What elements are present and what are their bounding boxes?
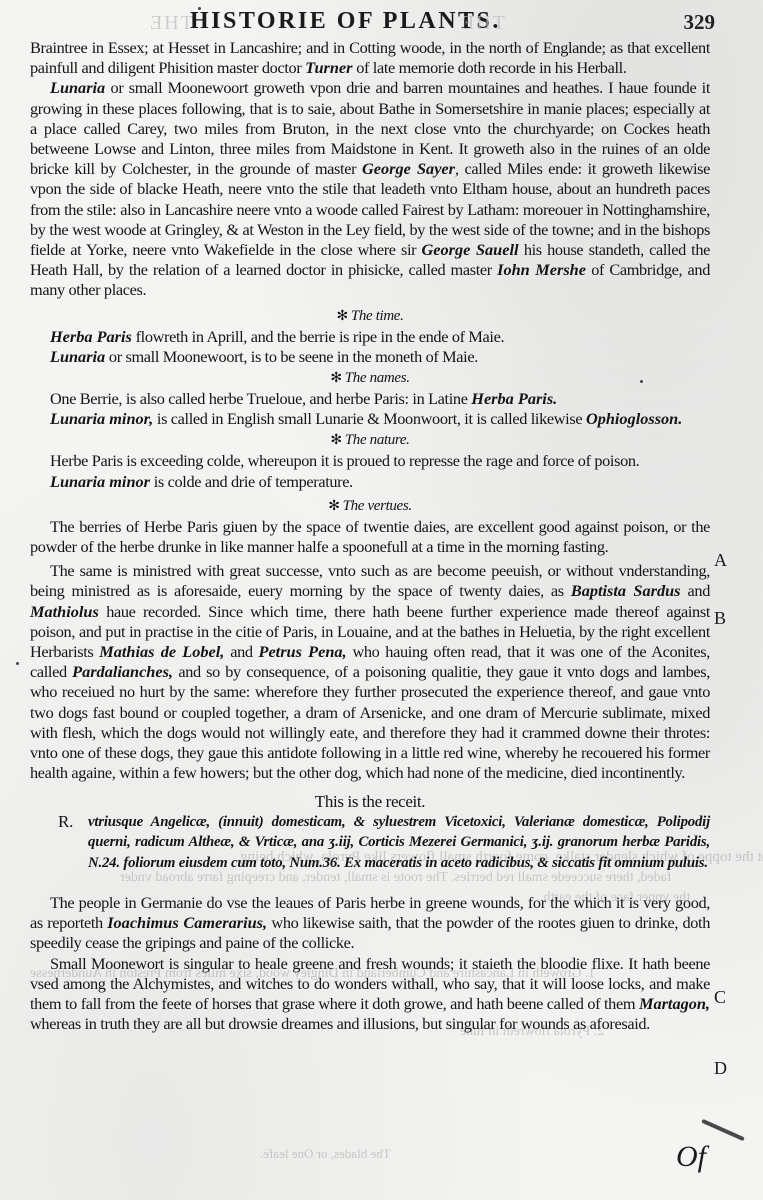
margin-letter-b: B (714, 608, 726, 629)
section-heading-nature: ✻The nature. (30, 430, 710, 451)
vertue-paragraph-a: The berries of Herbe Paris giuen by the … (30, 517, 710, 557)
recipe-title: This is the receit. (30, 792, 710, 812)
section-heading-time: ✻The time. (30, 306, 710, 327)
person-name: George Sauell (422, 240, 519, 259)
names-line: One Berrie, is also called herbe Truelou… (30, 389, 710, 409)
ink-speck (198, 7, 201, 10)
section-heading-vertues: ✻The vertues. (30, 496, 710, 517)
asterisk-ornament-icon: ✻ (336, 309, 347, 324)
time-line: Lunaria or small Moonewoort, is to be se… (30, 347, 710, 367)
asterisk-ornament-icon: ✻ (330, 433, 341, 448)
page-number: 329 (684, 10, 716, 35)
margin-letter-d: D (714, 1058, 727, 1079)
nature-line: Herbe Paris is exceeding colde, whereupo… (30, 451, 710, 471)
vertue-paragraph-b: The same is ministred with great success… (30, 561, 710, 783)
ink-speck (16, 662, 19, 665)
ink-stroke (701, 1119, 745, 1141)
paragraph-places: Lunaria or small Moonewoort groweth vpon… (30, 78, 710, 300)
book-page: at the toppe of which slender stalke, co… (0, 0, 763, 1200)
person-name: George Sayer (362, 159, 455, 178)
asterisk-ornament-icon: ✻ (330, 371, 341, 386)
ink-speck (640, 380, 643, 383)
person-name: Iohn Mershe (497, 260, 586, 279)
names-line: Lunaria minor, is called in English smal… (30, 409, 710, 429)
margin-letter-a: A (714, 550, 727, 571)
recipe-symbol: R. (58, 812, 73, 832)
bleed-through-line: The blades, or One leafe. (260, 1146, 391, 1162)
paragraph-continuation: Braintree in Essex; at Hesset in Lancash… (30, 38, 710, 78)
margin-letter-c: C (714, 987, 726, 1008)
page-header: THE HISTORIE OF PLANTS. THE 329 (0, 2, 763, 38)
bleed-through-heading: THE (460, 12, 505, 35)
bleed-through-heading: THE (148, 12, 193, 35)
nature-line: Lunaria minor is colde and drie of tempe… (30, 472, 710, 492)
time-line: Herba Paris flowreth in Aprill, and the … (30, 327, 710, 347)
plant-name: Lunaria (50, 78, 105, 97)
vertue-paragraph-d: Small Moonewort is singular to heale gre… (30, 954, 710, 1035)
vertue-paragraph-c: The people in Germanie do vse the leaues… (30, 893, 710, 954)
recipe-block: R.vtriusque Angelicæ, (innuit) domestica… (30, 812, 710, 873)
person-name: Turner (305, 58, 352, 77)
catchword: Of (676, 1140, 706, 1174)
section-heading-names: ✻The names. (30, 368, 710, 389)
page-body: Braintree in Essex; at Hesset in Lancash… (30, 38, 710, 1034)
asterisk-ornament-icon: ✻ (328, 499, 339, 514)
running-head: HISTORIE OF PLANTS. (190, 8, 501, 35)
